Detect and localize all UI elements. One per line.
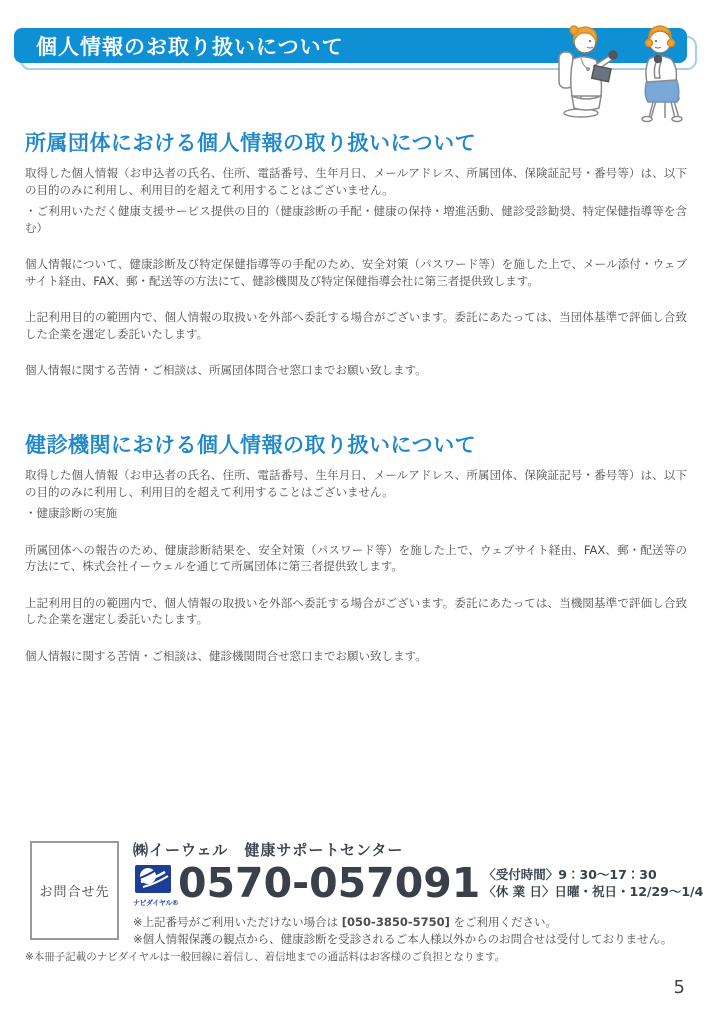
reception-hours: 〈受付時間〉9：30～17：30 (483, 866, 703, 883)
paragraph: 上記利用目的の範囲内で、個人情報の取扱いを外部へ委託する場合がございます。委託に… (25, 309, 687, 342)
alt-number-note-head: ※上記番号がご利用いただけない場合は (133, 915, 342, 929)
alt-number-note-tail: をご利用ください。 (450, 915, 557, 929)
paragraph: 取得した個人情報（お申込者の氏名、住所、電話番号、生年月日、メールアドレス、所属… (25, 467, 687, 500)
contact-notes: ※上記番号がご利用いただけない場合は [050-3850-5750] をご利用く… (133, 914, 693, 947)
alt-phone-number: [050-3850-5750] (342, 915, 450, 929)
paragraph: 上記利用目的の範囲内で、個人情報の取扱いを外部へ委託する場合がございます。委託に… (25, 595, 687, 628)
paragraph: 個人情報に関する苦情・ご相談は、所属団体問合せ窓口までお願い致します。 (25, 362, 687, 379)
bullet-item: ・健康診断の実施 (25, 505, 687, 522)
closed-days: 〈休 業 日〉日曜・祝日・12/29～1/4 (483, 883, 703, 900)
section-heading-checkup: 健診機関における個人情報の取り扱いについて (25, 433, 687, 458)
privacy-note: ※個人情報保護の観点から、健康診断を受診されるご本人様以外からのお問合せは受付し… (133, 931, 693, 948)
document-page: 個人情報のお取り扱いについて (0, 0, 709, 1024)
navidial-footnote: ※本冊子記載のナビダイヤルは一般回線に着信し、着信地までの通話料はお客様のご負担… (25, 949, 505, 964)
alt-number-note: ※上記番号がご利用いただけない場合は [050-3850-5750] をご利用く… (133, 914, 693, 931)
contact-label-box: お問合せ先 (30, 841, 119, 940)
section-heading-organization: 所属団体における個人情報の取り扱いについて (25, 131, 687, 156)
company-name: ㈱イーウェル 健康サポートセンター (133, 839, 693, 860)
business-hours: 〈受付時間〉9：30～17：30 〈休 業 日〉日曜・祝日・12/29～1/4 (483, 863, 703, 900)
contact-label: お問合せ先 (39, 881, 109, 900)
navidial-logo-icon (135, 865, 171, 893)
paragraph: 取得した個人情報（お申込者の氏名、住所、電話番号、生年月日、メールアドレス、所属… (25, 165, 687, 198)
navidial-label: ナビダイヤル® (133, 898, 173, 908)
contact-details: ㈱イーウェル 健康サポートセンター ナビダイヤル® 0570-057091 〈受… (133, 839, 693, 947)
phone-number: 0570-057091 (178, 863, 480, 903)
paragraph: 個人情報に関する苦情・ご相談は、健診機関問合せ窓口までお願い致します。 (25, 648, 687, 665)
consultation-illustration (543, 12, 703, 124)
doctor-figure (559, 26, 617, 117)
navidial-logo-block: ナビダイヤル® (133, 863, 173, 908)
phone-row: ナビダイヤル® 0570-057091 〈受付時間〉9：30～17：30 〈休 … (133, 863, 693, 908)
patient-figure (642, 26, 682, 122)
section-organization: 所属団体における個人情報の取り扱いについて 取得した個人情報（お申込者の氏名、住… (25, 131, 687, 399)
page-number: 5 (674, 977, 685, 998)
page-title: 個人情報のお取り扱いについて (36, 31, 344, 61)
paragraph: 所属団体への報告のため、健康診断結果を、安全対策（パスワード等）を施した上で、ウ… (25, 542, 687, 575)
section-checkup-institution: 健診機関における個人情報の取り扱いについて 取得した個人情報（お申込者の氏名、住… (25, 433, 687, 684)
bullet-item: ・ご利用いただく健康支援サービス提供の目的（健康診断の手配・健康の保持・増進活動… (25, 203, 687, 236)
paragraph: 個人情報について、健康診断及び特定保健指導等の手配のため、安全対策（パスワード等… (25, 256, 687, 289)
